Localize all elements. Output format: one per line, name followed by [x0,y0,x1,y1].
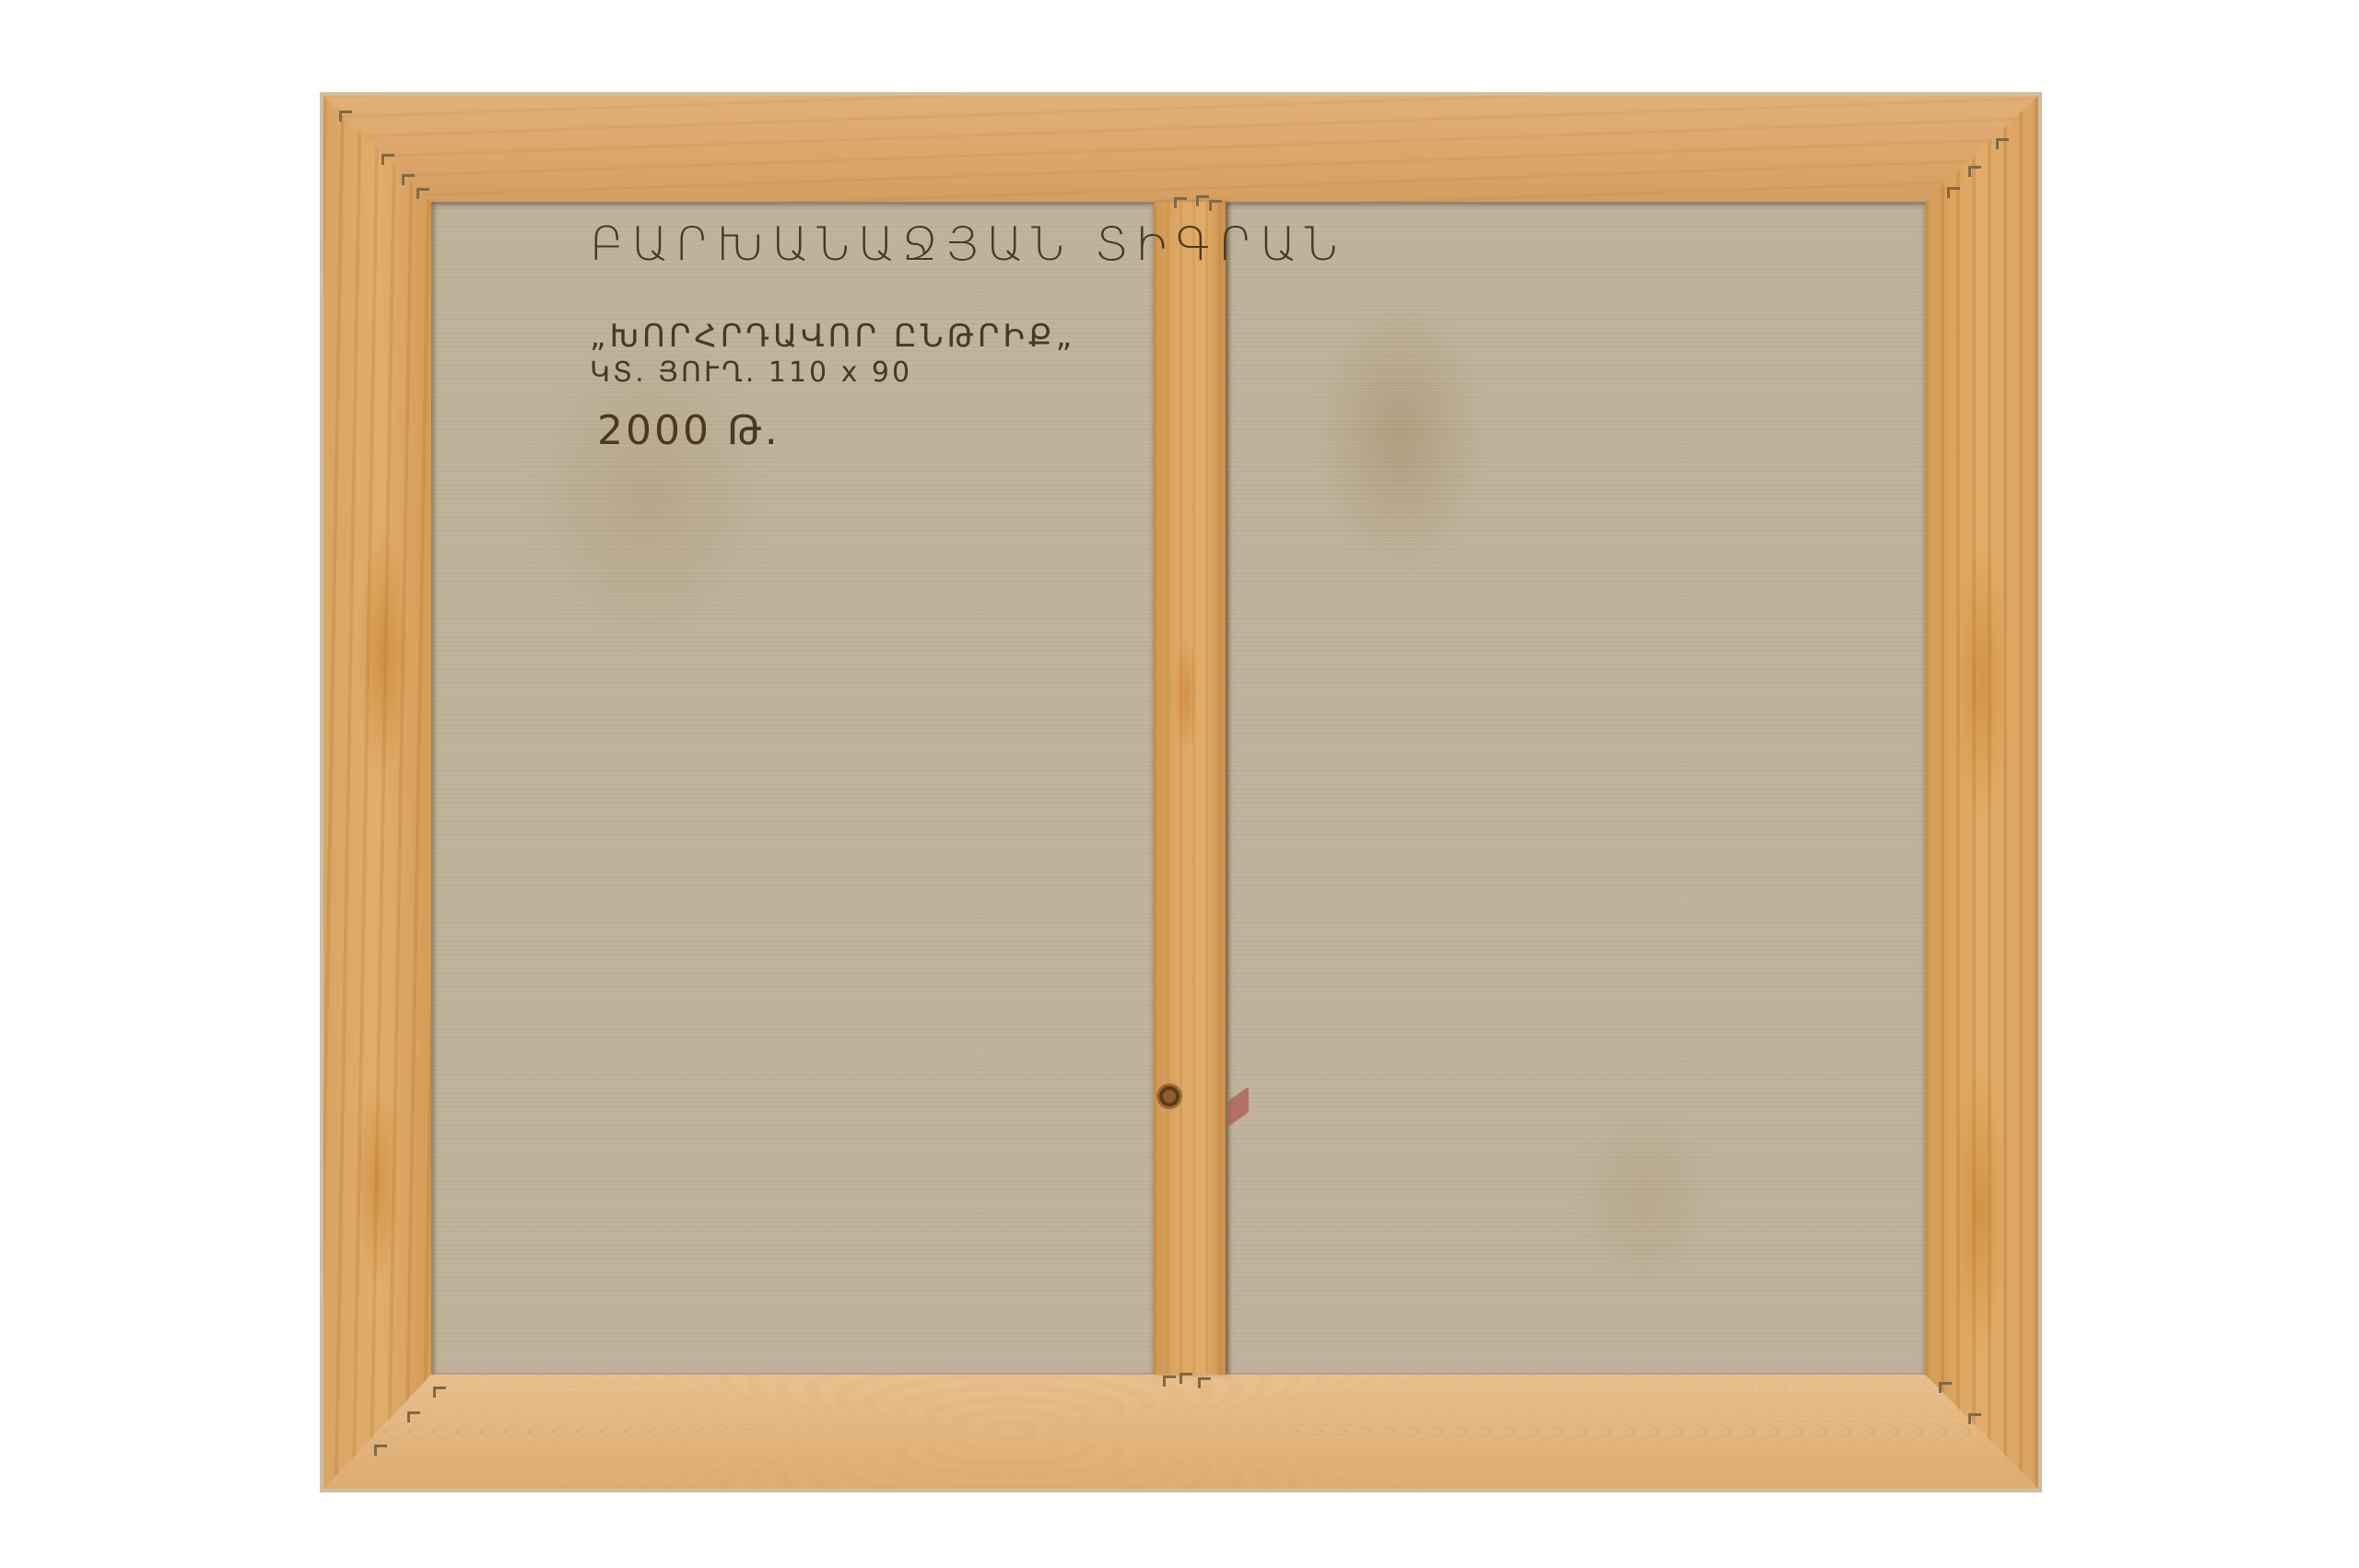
staple [1198,1377,1211,1380]
staple [1968,1413,1981,1416]
year: 2000 Թ. [597,411,780,451]
frame-left-stile [323,96,431,1489]
frame-bottom-rail [323,1375,2038,1489]
staple [1968,166,1981,169]
staple [1939,1382,1952,1385]
frame-center-crossbar [1154,202,1226,1375]
staple [1163,1375,1176,1378]
artist-name: ԲԱՐԽԱՆԱՋՅԱՆ ՏԻԳՐԱՆ [590,221,1345,267]
staple [417,188,429,191]
staple [407,1411,420,1414]
canvas-back-photo: ԲԱՐԽԱՆԱՋՅԱՆ ՏԻԳՐԱՆ „ԽՈՐՀՐԴԱՎՈՐ ԸՆԹՐԻՔ„ Կ… [0,0,2359,1568]
staple [1947,187,1960,190]
staple [402,174,415,177]
canvas-panel-right [1226,202,1925,1375]
staple [1209,200,1222,203]
painting-title: „ԽՈՐՀՐԴԱՎՈՐ ԸՆԹՐԻՔ„ [590,321,1075,352]
frame-right-stile [1925,96,2038,1489]
frame-top-rail [323,96,2038,202]
staple [1179,1373,1192,1375]
staple [374,1445,387,1447]
medium-and-dimensions: ԿՏ. ՅՈՒՂ. 110 x 90 [590,359,912,387]
staple [433,1387,446,1389]
staple [1996,138,2009,141]
staple [339,111,352,113]
wood-knot [1156,1083,1182,1109]
staple [1196,195,1209,198]
staple [381,154,394,157]
staple [1174,197,1187,200]
